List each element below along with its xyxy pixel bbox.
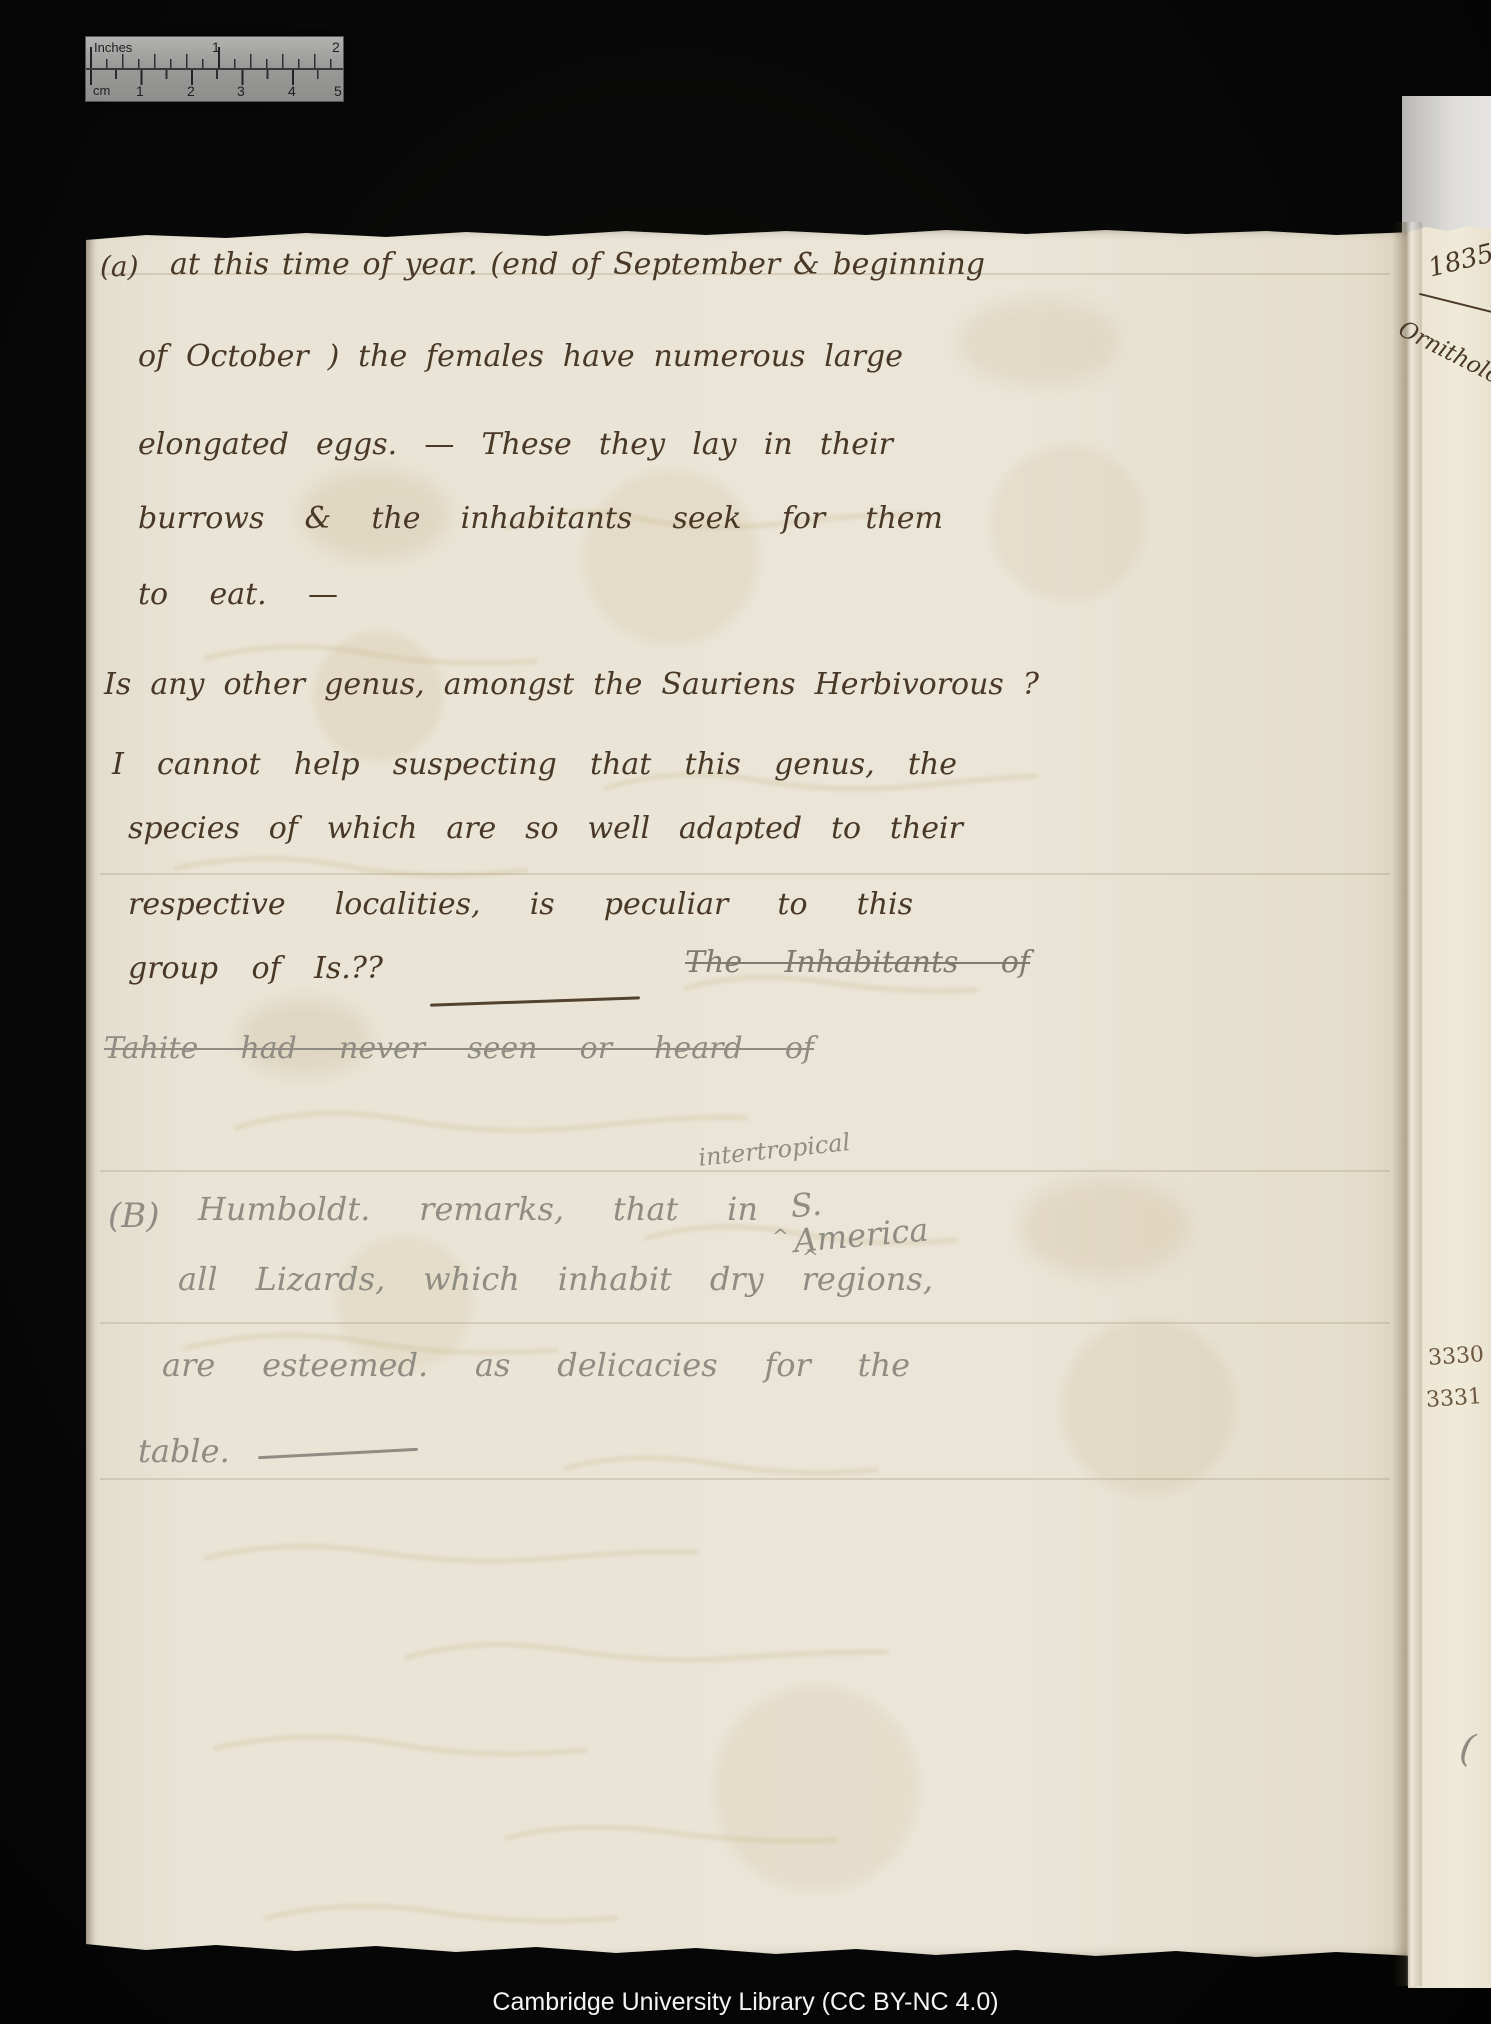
paper-fold-line xyxy=(100,1170,1390,1172)
manuscript-line: are esteemed. as delicacies for the xyxy=(162,1348,910,1383)
manuscript-line: burrows & the inhabitants seek for them xyxy=(138,502,943,535)
ruler-cm-ticks xyxy=(90,70,341,85)
manuscript-line: of October ) the females have numerous l… xyxy=(138,340,903,373)
ruler-cm-number: 4 xyxy=(288,83,296,99)
strikethrough-text: Tahite had never seen or heard of xyxy=(104,1032,814,1065)
folio-number: 3331 xyxy=(1425,1384,1483,1413)
manuscript-line: species of which are so well adapted to … xyxy=(128,812,963,845)
paper-fold-line xyxy=(100,1478,1390,1480)
manuscript-line: elongated eggs. — These they lay in thei… xyxy=(138,428,893,461)
ink-bleedthrough xyxy=(86,228,1414,1962)
ruler-inch-number: 2 xyxy=(332,39,340,55)
stain xyxy=(960,300,1120,385)
paper-fold-line xyxy=(100,873,1390,875)
annotation-marker-a: (a) xyxy=(100,252,139,283)
footer-credit: Cambridge University Library (CC BY-NC 4… xyxy=(0,1988,1491,2017)
annotation-marker-b: (B) xyxy=(108,1198,160,1235)
manuscript-line: Humboldt. remarks, that in xyxy=(198,1192,758,1227)
manuscript-line: to eat. — xyxy=(138,578,338,611)
manuscript-page xyxy=(86,228,1414,1962)
stain xyxy=(1020,1180,1190,1275)
manuscript-line: Is any other genus, amongst the Sauriens… xyxy=(104,668,1039,701)
ruler-cm-number: 3 xyxy=(237,83,245,99)
ruler-inch-number: 1 xyxy=(212,39,220,55)
folio-number: 3330 xyxy=(1427,1342,1485,1371)
manuscript-line: group of Is.?? xyxy=(128,952,383,985)
ruler-cm-label: cm xyxy=(93,83,110,98)
strikethrough-text: The Inhabitants of xyxy=(685,946,1030,979)
manuscript-line: at this time of year. (end of September … xyxy=(170,248,985,281)
ruler-cm-number: 1 xyxy=(136,83,144,99)
manuscript-line: respective localities, is peculiar to th… xyxy=(128,888,913,921)
manuscript-line: table. xyxy=(138,1432,230,1470)
photo-canvas: Inches 1 2 cm 1 2 3 4 5 xyxy=(0,0,1491,2024)
page-crease xyxy=(1392,222,1422,1986)
manuscript-line: all Lizards, which inhabit dry regions, xyxy=(178,1262,933,1297)
ruler-cm-number: 5 xyxy=(334,83,342,99)
measurement-ruler: Inches 1 2 cm 1 2 3 4 5 xyxy=(85,36,344,102)
insertion-caret: ^ xyxy=(772,1224,789,1248)
background-card xyxy=(1402,96,1491,236)
ruler-cm-number: 2 xyxy=(187,83,195,99)
manuscript-line: I cannot help suspecting that this genus… xyxy=(112,748,957,781)
paper-fold-line xyxy=(100,1322,1390,1324)
